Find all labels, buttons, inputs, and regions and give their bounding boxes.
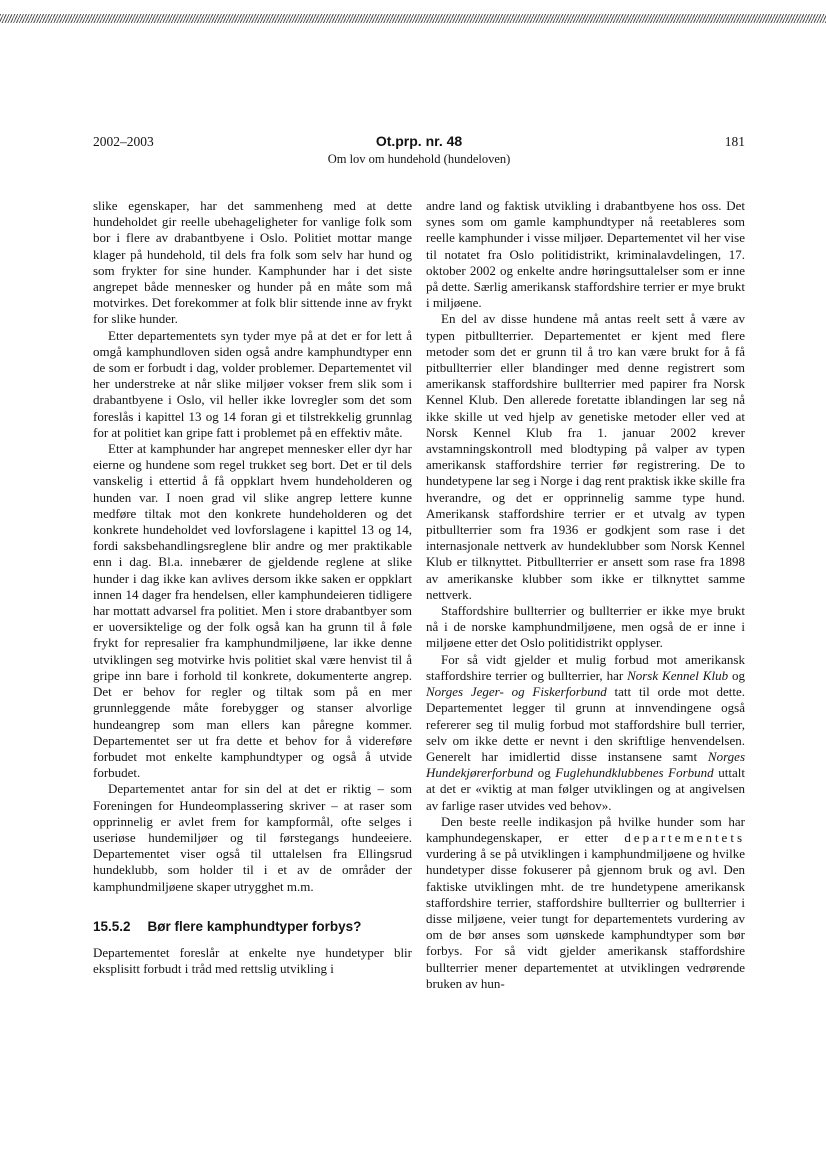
page-number: 181 [725, 134, 745, 150]
section-title: Bør flere kamphundtyper forbys? [148, 919, 362, 934]
paragraph: Departementet antar for sin del at det e… [93, 781, 412, 894]
paragraph: slike egenskaper, har det sammenheng med… [93, 198, 412, 328]
text-run: Etter at kamphunder har angrepet mennesk… [93, 441, 412, 780]
text-run: Etter departementets syn tyder mye på at… [93, 328, 412, 440]
paragraph: Etter at kamphunder har angrepet mennesk… [93, 441, 412, 781]
paragraph: andre land og faktisk utvikling i draban… [426, 198, 745, 311]
text-run-italic: Fuglehundklubbenes Forbund [555, 765, 713, 780]
left-column: slike egenskaper, har det sammenheng med… [93, 198, 412, 992]
text-run: Departementet antar for sin del at det e… [93, 781, 412, 893]
text-run: Departementet foreslår at enkelte nye hu… [93, 945, 412, 976]
document-page: 2002–2003 Ot.prp. nr. 48 181 Om lov om h… [0, 0, 826, 1169]
section-heading: 15.5.2Bør flere kamphundtyper forbys? [93, 919, 412, 935]
scan-edge-band [0, 14, 826, 23]
text-run: Staffordshire bullterrier og bullterrier… [426, 603, 745, 650]
text-run-italic: Norges Jeger- og Fiskerforbund [426, 684, 607, 699]
session-years: 2002–2003 [93, 134, 154, 150]
body-content: slike egenskaper, har det sammenheng med… [93, 198, 745, 992]
paragraph: Etter departementets syn tyder mye på at… [93, 328, 412, 441]
text-run: andre land og faktisk utvikling i draban… [426, 198, 745, 310]
text-run: En del av disse hundene må antas reelt s… [426, 311, 745, 601]
text-run: og [533, 765, 555, 780]
text-run-italic: Norsk Kennel Klub [627, 668, 728, 683]
document-subtitle: Om lov om hundehold (hundeloven) [93, 152, 745, 167]
right-column: andre land og faktisk utvikling i draban… [426, 198, 745, 992]
text-run: og [728, 668, 745, 683]
paragraph: Departementet foreslår at enkelte nye hu… [93, 945, 412, 977]
document-title: Ot.prp. nr. 48 [376, 133, 462, 149]
paragraph: En del av disse hundene må antas reelt s… [426, 311, 745, 603]
text-run: vurdering å se på utviklingen i kamphund… [426, 846, 745, 991]
section-number: 15.5.2 [93, 919, 131, 935]
paragraph: For så vidt gjelder et mulig forbud mot … [426, 652, 745, 814]
paragraph: Den beste reelle indikasjon på hvilke hu… [426, 814, 745, 992]
text-run-spaced: departementets [624, 830, 745, 845]
page-header: 2002–2003 Ot.prp. nr. 48 181 Om lov om h… [93, 133, 745, 167]
text-run: slike egenskaper, har det sammenheng med… [93, 198, 412, 326]
paragraph: Staffordshire bullterrier og bullterrier… [426, 603, 745, 652]
